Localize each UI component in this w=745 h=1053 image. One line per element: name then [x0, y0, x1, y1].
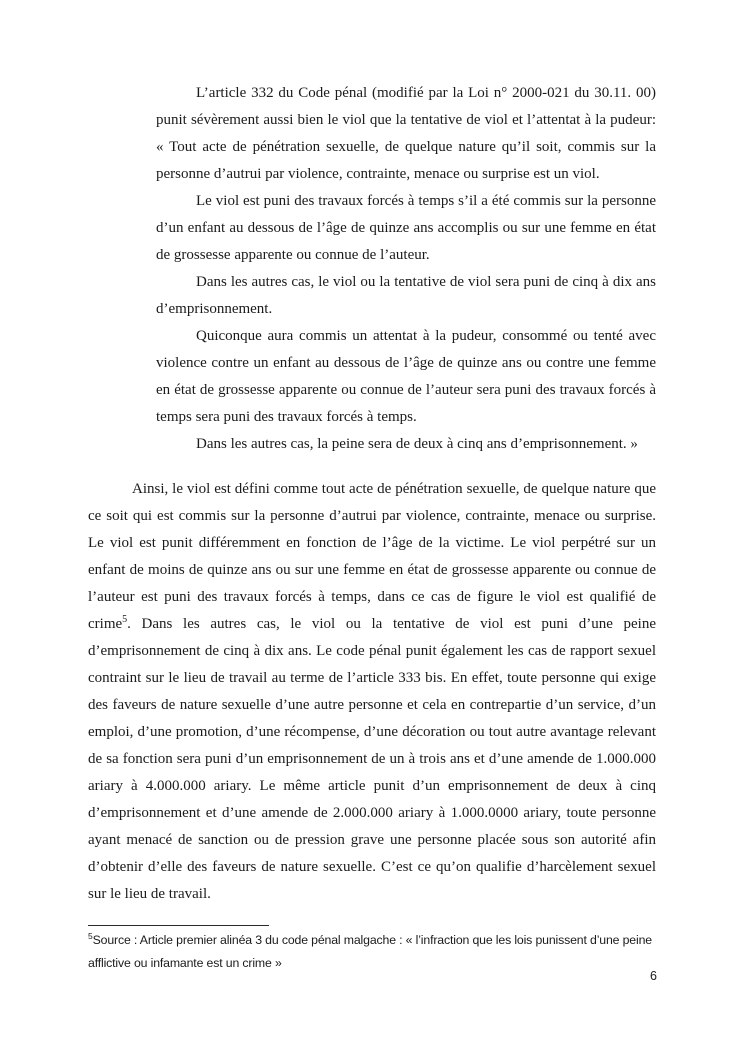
footnote-text: Source : Article premier alinéa 3 du cod… [88, 933, 652, 970]
body-text-after-footnote-ref: . Dans les autres cas, le viol ou la ten… [88, 616, 656, 902]
footnote-area: 5Source : Article premier alinéa 3 du co… [88, 925, 660, 974]
quote-paragraph: L’article 332 du Code pénal (modifié par… [156, 80, 656, 188]
footnote: 5Source : Article premier alinéa 3 du co… [88, 929, 660, 974]
page-number: 6 [650, 969, 657, 983]
quote-paragraph: Dans les autres cas, la peine sera de de… [156, 431, 656, 458]
quote-paragraph: Dans les autres cas, le viol ou la tenta… [156, 269, 656, 323]
quote-paragraph: Quiconque aura commis un attentat à la p… [156, 323, 656, 431]
document-page: L’article 332 du Code pénal (modifié par… [0, 0, 745, 1053]
block-quote: L’article 332 du Code pénal (modifié par… [156, 80, 656, 458]
body-paragraph: Ainsi, le viol est défini comme tout act… [88, 476, 656, 908]
quote-paragraph: Le viol est puni des travaux forcés à te… [156, 188, 656, 269]
page-content: L’article 332 du Code pénal (modifié par… [88, 80, 656, 908]
body-text-before-footnote-ref: Ainsi, le viol est défini comme tout act… [88, 481, 656, 632]
footnote-separator-rule [88, 925, 269, 926]
